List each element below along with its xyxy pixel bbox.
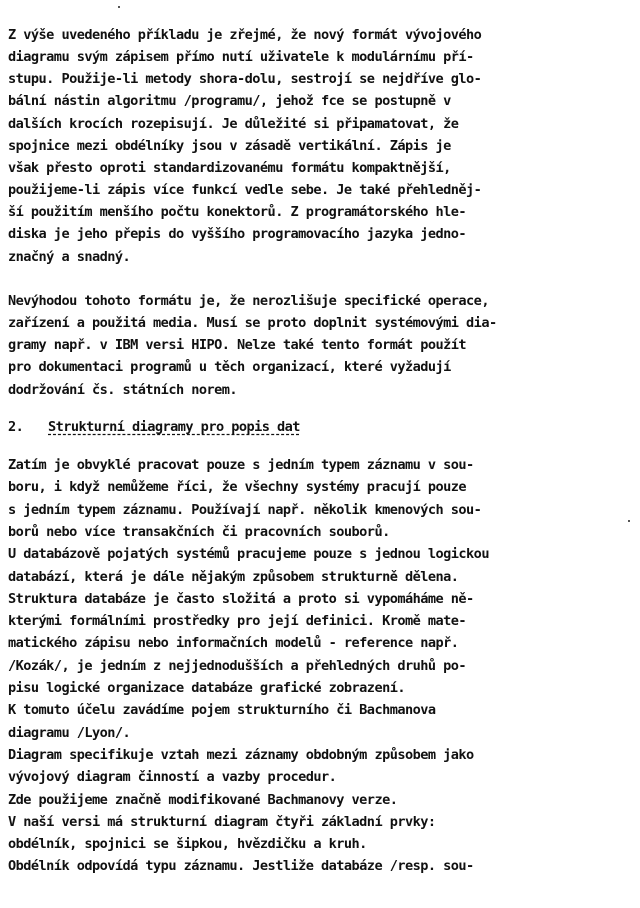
text-line: V naší versi má strukturní diagram čtyři… <box>8 812 436 832</box>
text-line: pro dokumentaci programů u těch organiza… <box>8 357 451 377</box>
text-line: Diagram specifikuje vztah mezi záznamy o… <box>8 745 474 765</box>
text-line: dodržování čs. státních norem. <box>8 380 237 400</box>
text-line: kterými formálními prostředky pro její d… <box>8 611 466 631</box>
text-line: ší použitím menšího počtu konektorů. Z p… <box>8 202 466 222</box>
text-line: K tomuto účelu zavádíme pojem strukturní… <box>8 700 436 720</box>
text-line: /Kozák/, je jedním z nejjednodušších a p… <box>8 656 466 676</box>
text-line: zařízení a použitá media. Musí se proto … <box>8 313 497 333</box>
text-line: databází, která je dále nějakým způsobem… <box>8 567 458 587</box>
text-line: Zatím je obvyklé pracovat pouze s jedním… <box>8 455 474 475</box>
text-line: obdélník, spojnici se šipkou, hvězdičku … <box>8 834 367 854</box>
scan-speck <box>628 520 630 522</box>
text-line: diagramu /Lyon/. <box>8 723 130 743</box>
text-line: Nevýhodou tohoto formátu je, že nerozliš… <box>8 291 489 311</box>
text-line: stupu. Použije-li metody shora-dolu, ses… <box>8 69 481 89</box>
text-line: Struktura databáze je často složitá a pr… <box>8 589 474 609</box>
text-line: Zde použijeme značně modifikované Bachma… <box>8 790 397 810</box>
text-line: použijeme-li zápis více funkcí vedle seb… <box>8 180 481 200</box>
text-line: diagramu svým zápisem přímo nutí uživate… <box>8 47 474 67</box>
text-line: matického zápisu nebo informačních model… <box>8 633 458 653</box>
text-line: dalších krocích rozepisují. Je důležité … <box>8 114 458 134</box>
text-line: pisu logické organizace databáze grafick… <box>8 678 405 698</box>
text-line: značný a snadný. <box>8 247 130 267</box>
text-line: borů nebo více transakčních či pracovníc… <box>8 522 390 542</box>
text-line: boru, i když nemůžeme říci, že všechny s… <box>8 477 466 497</box>
text-line: diska je jeho přepis do vyššího programo… <box>8 224 466 244</box>
section-number: 2. <box>8 419 23 435</box>
text-line: vývojový diagram činností a vazby proced… <box>8 767 336 787</box>
text-line: však přesto oproti standardizovanému for… <box>8 158 451 178</box>
text-line: gramy např. v IBM versi HIPO. Nelze také… <box>8 335 466 355</box>
text-line: Obdélník odpovídá typu záznamu. Jestliže… <box>8 856 474 876</box>
text-line: U databázově pojatých systémů pracujeme … <box>8 544 489 564</box>
text-line: Z výše uvedeného příkladu je zřejmé, že … <box>8 25 481 45</box>
text-line: bální nástin algoritmu /programu/, jehož… <box>8 91 451 111</box>
text-line: s jedním typem záznamu. Používají např. … <box>8 500 481 520</box>
text-line: spojnice mezi obdélníky jsou v zásadě ve… <box>8 136 451 156</box>
typewritten-page: Z výše uvedeného příkladu je zřejmé, že … <box>0 0 640 908</box>
section-title: Strukturní diagramy pro popis dat <box>48 419 300 435</box>
scan-speck <box>118 6 120 8</box>
